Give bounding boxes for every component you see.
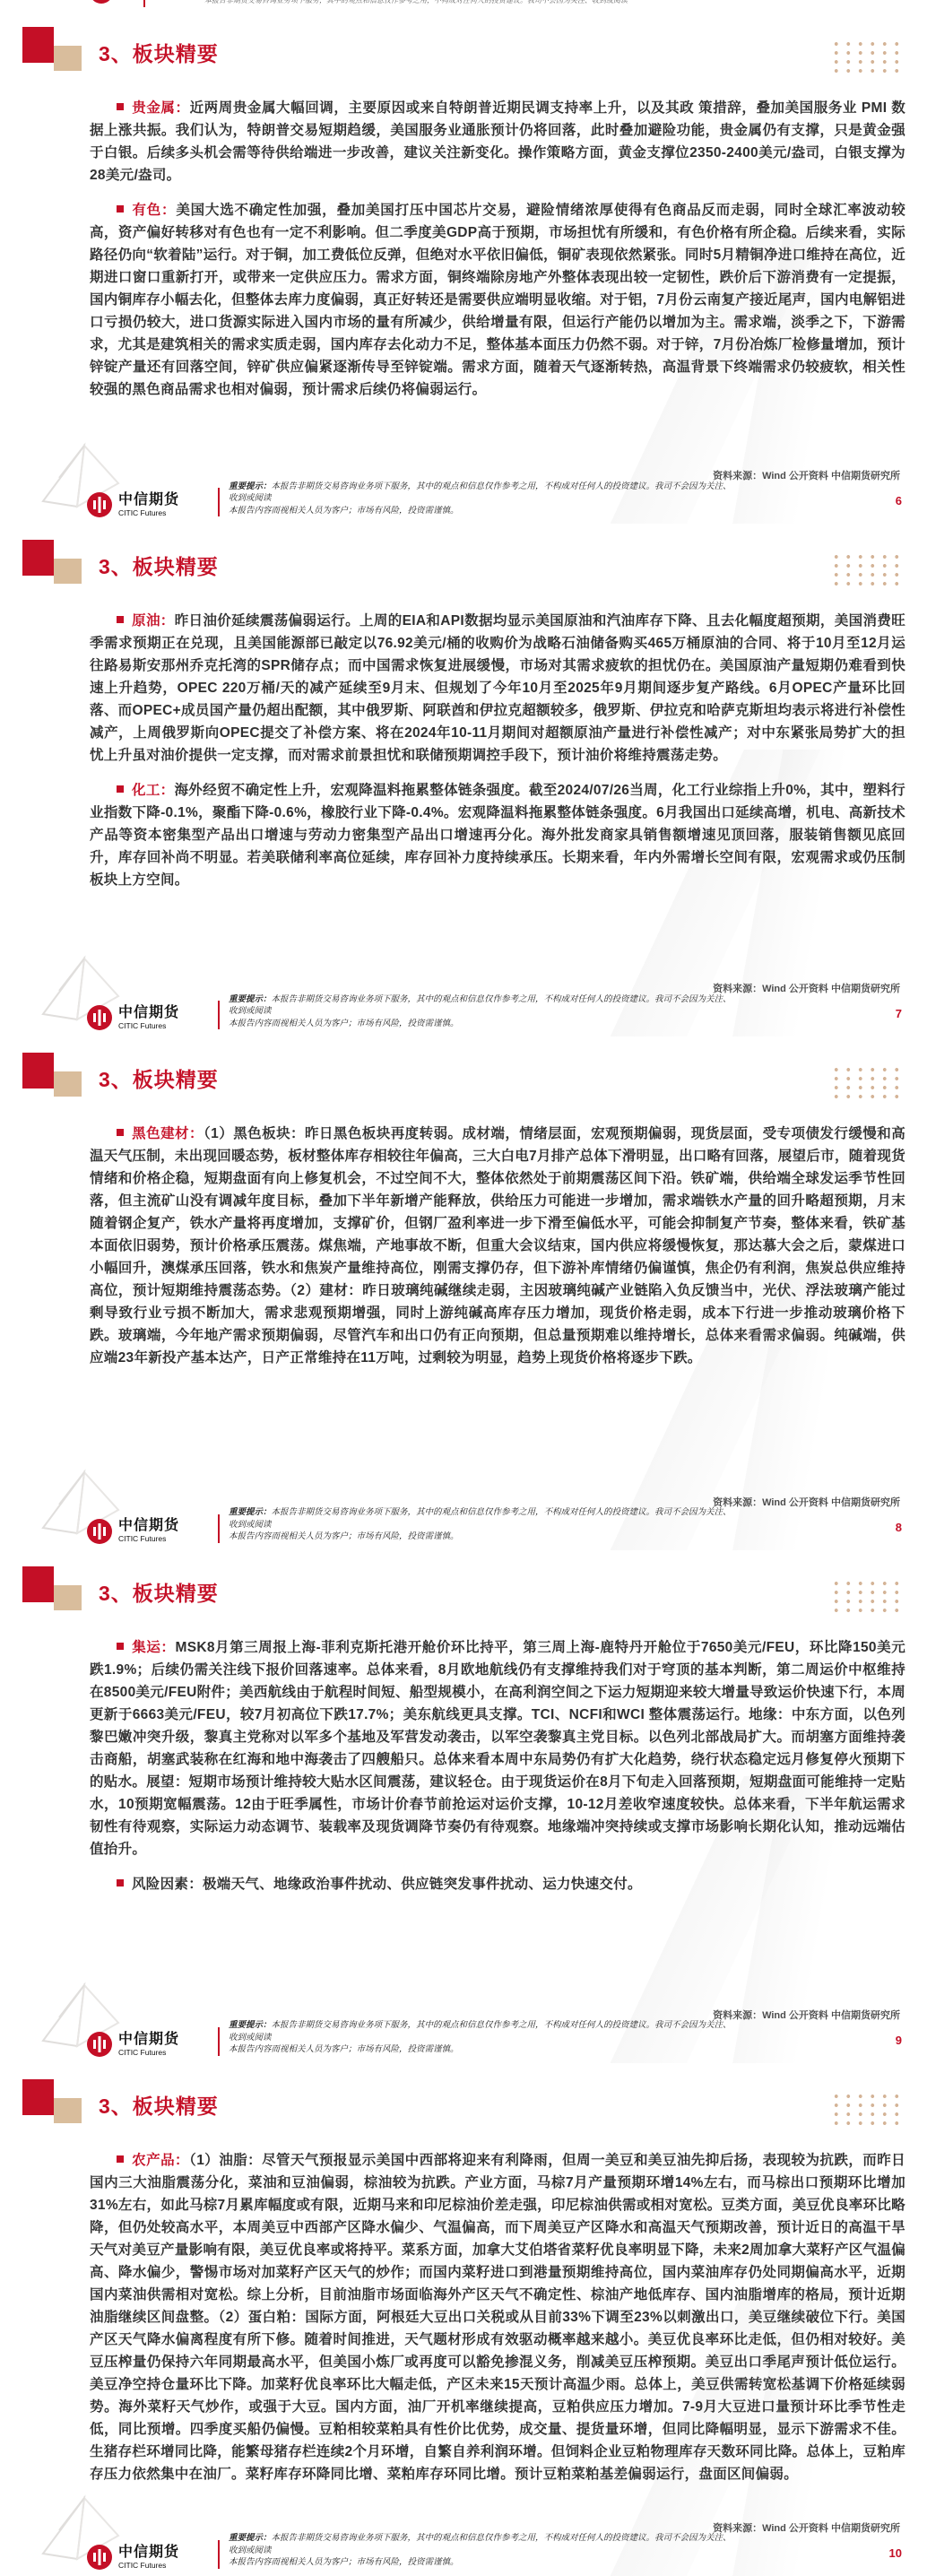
- bullet-paragraph: 贵金属：近两周贵金属大幅回调，主要原因或来自特朗普近期民调支持率上升，以及其政 …: [90, 97, 905, 186]
- page-number: 7: [896, 1007, 902, 1020]
- bullet-paragraph: 集运：MSK8月第三周报上海-菲利克斯托港开舱价环比持平，第三周上海-鹿特丹开舱…: [90, 1636, 905, 1860]
- bullet-label: 黑色建材：: [132, 1126, 204, 1141]
- disclaimer-label: 重要提示：: [229, 2534, 272, 2543]
- disclaimer-label: 重要提示：: [229, 482, 272, 491]
- bullet-paragraph: 化工：海外经贸不确定性上升，宏观降温料拖累整体链条强度。截至2024/07/26…: [90, 779, 905, 891]
- bullet-marker-icon: [117, 785, 124, 793]
- bullet-marker-icon: [117, 205, 124, 212]
- bullet-text: 海外经贸不确定性上升，宏观降温料拖累整体链条强度。截至2024/07/26当周，…: [90, 783, 905, 888]
- page-title: 3、板块精要: [99, 38, 219, 67]
- disclaimer-label: 重要提示：: [229, 995, 272, 1004]
- corner-square-tan-decoration: [54, 2098, 82, 2123]
- footer-divider: [218, 1514, 220, 1543]
- footer-divider: [218, 1001, 220, 1029]
- disclaimer-line2: 本报告内容而视相关人员为客户；市场有风险，投资需谨慎。: [229, 507, 459, 516]
- bullet-marker-icon: [117, 103, 124, 110]
- disclaimer-line1: 本报告非期货交易咨询业务项下服务，其中的观点和信息仅作参考之用，不构成对任何人的…: [229, 2534, 732, 2555]
- footer-divider: [218, 488, 220, 516]
- bullet-list: 黑色建材：（1）黑色板块：昨日黑色板块再度转弱。成材端，情绪层面，宏观预期偏弱，…: [90, 1123, 905, 1382]
- corner-square-red-decoration: [22, 2079, 54, 2115]
- page-number: 8: [896, 1521, 902, 1534]
- dots-pattern-decoration: [830, 39, 902, 75]
- disclaimer-line1: 本报告非期货交易咨询业务项下服务，其中的观点和信息仅作参考之用，不构成对任何人的…: [229, 2021, 732, 2043]
- bullet-marker-icon: [117, 1879, 124, 1886]
- bullet-label: 集运：: [132, 1640, 176, 1655]
- citic-futures-logo: 中信期货 CITIC Futures: [86, 1004, 179, 1031]
- citic-futures-logo: 中信期货 CITIC Futures: [86, 491, 179, 518]
- bullet-list: 集运：MSK8月第三周报上海-菲利克斯托港开舱价环比持平，第三周上海-鹿特丹开舱…: [90, 1636, 905, 1908]
- disclaimer-label: 重要提示：: [229, 2021, 272, 2030]
- bullet-paragraph: 黑色建材：（1）黑色板块：昨日黑色板块再度转弱。成材端，情绪层面，宏观预期偏弱，…: [90, 1123, 905, 1369]
- disclaimer: 重要提示：本报告非期货交易咨询业务项下服务，其中的观点和信息仅作参考之用，不构成…: [229, 2533, 740, 2570]
- disclaimer-label: 重要提示：: [229, 1508, 272, 1517]
- citic-logo-icon: [86, 491, 113, 518]
- page-title: 3、板块精要: [99, 1063, 219, 1093]
- bullet-text: 风险因素：极端天气、地缘政治事件扰动、供应链突发事件扰动、运力快速交付。: [132, 1877, 642, 1892]
- bullet-label: 贵金属：: [132, 100, 190, 116]
- bullet-marker-icon: [117, 2155, 124, 2163]
- disclaimer-line1: 本报告非期货交易咨询业务项下服务，其中的观点和信息仅作参考之用，不构成对任何人的…: [229, 482, 732, 504]
- bullet-text: （1）油脂：尽管天气预报显示美国中西部将迎来有利降雨，但周一美豆和美豆油先抑后扬…: [90, 2153, 905, 2482]
- bullet-label: 原油：: [132, 613, 175, 629]
- previous-page-footer-sliver: 本报告非期货交易咨询业务项下服务，其中的观点和信息仅作参考之用，不构成对任何人的…: [0, 0, 927, 11]
- data-source-note: 资料来源：Wind 公开资料 中信期货研究所: [713, 981, 900, 995]
- corner-square-tan-decoration: [54, 1071, 82, 1097]
- disclaimer-line2: 本报告内容而视相关人员为客户；市场有风险，投资需谨慎。: [229, 2558, 459, 2567]
- citic-logo-icon: [86, 2544, 113, 2571]
- bullet-label: 农产品：: [132, 2153, 189, 2168]
- bullet-paragraph: 农产品：（1）油脂：尽管天气预报显示美国中西部将迎来有利降雨，但周一美豆和美豆油…: [90, 2149, 905, 2485]
- brand-name-en: CITIC Futures: [118, 509, 179, 517]
- disclaimer: 重要提示：本报告非期货交易咨询业务项下服务，其中的观点和信息仅作参考之用，不构成…: [229, 1507, 740, 1544]
- bullet-text: （1）黑色板块：昨日黑色板块再度转弱。成材端，情绪层面，宏观预期偏弱，现货层面，…: [90, 1126, 905, 1366]
- citic-futures-logo: 中信期货 CITIC Futures: [86, 2031, 179, 2058]
- bullet-list: 贵金属：近两周贵金属大幅回调，主要原因或来自特朗普近期民调支持率上升，以及其政 …: [90, 97, 905, 413]
- corner-square-tan-decoration: [54, 1585, 82, 1610]
- brand-name-cn: 中信期货: [118, 493, 179, 507]
- page-number: 6: [896, 494, 902, 507]
- page-title: 3、板块精要: [99, 1577, 219, 1607]
- brand-name-en: CITIC Futures: [118, 1022, 179, 1030]
- page-number: 10: [889, 2546, 902, 2560]
- citic-futures-logo: 中信期货 CITIC Futures: [86, 1518, 179, 1545]
- citic-logo-icon: [86, 1518, 113, 1545]
- corner-square-red-decoration: [22, 540, 54, 576]
- brand-name-cn: 中信期货: [118, 1006, 179, 1020]
- page-title: 3、板块精要: [99, 2090, 219, 2120]
- report-page-8: 3、板块精要 黑色建材：（1）黑色板块：昨日黑色板块再度转弱。成材端，情绪层面，…: [0, 1036, 927, 1549]
- disclaimer-line2: 本报告内容而视相关人员为客户；市场有风险，投资需谨慎。: [229, 2045, 459, 2054]
- corner-square-red-decoration: [22, 27, 54, 63]
- bullet-label: 有色：: [132, 203, 176, 218]
- page-number: 9: [896, 2034, 902, 2047]
- report-page-10: 3、板块精要 农产品：（1）油脂：尽管天气预报显示美国中西部将迎来有利降雨，但周…: [0, 2063, 927, 2576]
- bullet-text: 近两周贵金属大幅回调，主要原因或来自特朗普近期民调支持率上升，以及其政 策措辞，…: [90, 100, 905, 183]
- disclaimer-text-cut: 本报告非期货交易咨询业务项下服务，其中的观点和信息仅作参考之用，不构成对任何人的…: [204, 0, 760, 5]
- data-source-note: 资料来源：Wind 公开资料 中信期货研究所: [713, 2520, 900, 2535]
- bullet-text: MSK8月第三周报上海-菲利克斯托港开舱价环比持平，第三周上海-鹿特丹开舱位于7…: [90, 1640, 905, 1857]
- brand-name-en: CITIC Futures: [118, 2049, 179, 2057]
- report-page-7: 3、板块精要 原油：昨日油价延续震荡偏弱运行。上周的EIA和API数据均显示美国…: [0, 524, 927, 1036]
- bullet-list: 原油：昨日油价延续震荡偏弱运行。上周的EIA和API数据均显示美国原油和汽油库存…: [90, 610, 905, 904]
- disclaimer-line2: 本报告内容而视相关人员为客户；市场有风险，投资需谨慎。: [229, 1019, 459, 1028]
- dots-pattern-decoration: [830, 1065, 902, 1101]
- disclaimer: 重要提示：本报告非期货交易咨询业务项下服务，其中的观点和信息仅作参考之用，不构成…: [229, 481, 740, 518]
- page-title: 3、板块精要: [99, 551, 219, 580]
- citic-futures-logo: 中信期货 CITIC Futures: [86, 2544, 179, 2571]
- disclaimer-line1: 本报告非期货交易咨询业务项下服务，其中的观点和信息仅作参考之用，不构成对任何人的…: [229, 995, 732, 1017]
- data-source-note: 资料来源：Wind 公开资料 中信期货研究所: [713, 2008, 900, 2022]
- brand-name-en: CITIC Futures: [118, 1535, 179, 1543]
- dots-pattern-decoration: [830, 2092, 902, 2128]
- footer-divider: [218, 2540, 220, 2569]
- bullet-label: 化工：: [132, 783, 174, 798]
- bullet-marker-icon: [117, 616, 124, 623]
- footer-divider: [218, 2027, 220, 2056]
- bullet-list: 农产品：（1）油脂：尽管天气预报显示美国中西部将迎来有利降雨，但周一美豆和美豆油…: [90, 2149, 905, 2498]
- disclaimer: 重要提示：本报告非期货交易咨询业务项下服务，其中的观点和信息仅作参考之用，不构成…: [229, 994, 740, 1031]
- bullet-paragraph: 原油：昨日油价延续震荡偏弱运行。上周的EIA和API数据均显示美国原油和汽油库存…: [90, 610, 905, 767]
- citic-logo-icon: [86, 1004, 113, 1031]
- disclaimer-line2: 本报告内容而视相关人员为客户；市场有风险，投资需谨慎。: [229, 1532, 459, 1541]
- brand-name-cn: 中信期货: [118, 2546, 179, 2560]
- citic-logo-icon: [90, 0, 113, 4]
- bullet-marker-icon: [117, 1643, 124, 1650]
- dots-pattern-decoration: [830, 552, 902, 588]
- brand-name-en: CITIC Futures: [118, 2562, 179, 2570]
- corner-square-red-decoration: [22, 1053, 54, 1089]
- disclaimer: 重要提示：本报告非期货交易咨询业务项下服务，其中的观点和信息仅作参考之用，不构成…: [229, 2020, 740, 2057]
- disclaimer-line1: 本报告非期货交易咨询业务项下服务，其中的观点和信息仅作参考之用，不构成对任何人的…: [229, 1508, 732, 1530]
- corner-square-tan-decoration: [54, 46, 82, 71]
- bullet-text: 美国大选不确定性加强，叠加美国打压中国芯片交易，避险情绪浓厚使得有色商品反而走弱…: [90, 203, 905, 397]
- citic-logo-icon: [86, 2031, 113, 2058]
- data-source-note: 资料来源：Wind 公开资料 中信期货研究所: [713, 468, 900, 482]
- report-page-6: 3、板块精要 贵金属：近两周贵金属大幅回调，主要原因或来自特朗普近期民调支持率上…: [0, 11, 927, 524]
- brand-name-cn: 中信期货: [118, 2033, 179, 2047]
- dots-pattern-decoration: [830, 1579, 902, 1615]
- report-page-9: 3、板块精要 集运：MSK8月第三周报上海-菲利克斯托港开舱价环比持平，第三周上…: [0, 1550, 927, 2063]
- footer-divider: [143, 0, 145, 7]
- data-source-note: 资料来源：Wind 公开资料 中信期货研究所: [713, 1495, 900, 1509]
- corner-square-tan-decoration: [54, 559, 82, 584]
- bullet-paragraph: 有色：美国大选不确定性加强，叠加美国打压中国芯片交易，避险情绪浓厚使得有色商品反…: [90, 199, 905, 401]
- bullet-text: 昨日油价延续震荡偏弱运行。上周的EIA和API数据均显示美国原油和汽油库存下降、…: [90, 613, 905, 763]
- corner-square-red-decoration: [22, 1566, 54, 1602]
- bullet-paragraph: 风险因素：极端天气、地缘政治事件扰动、供应链突发事件扰动、运力快速交付。: [90, 1873, 905, 1895]
- brand-name-cn: 中信期货: [118, 1519, 179, 1533]
- bullet-marker-icon: [117, 1129, 124, 1136]
